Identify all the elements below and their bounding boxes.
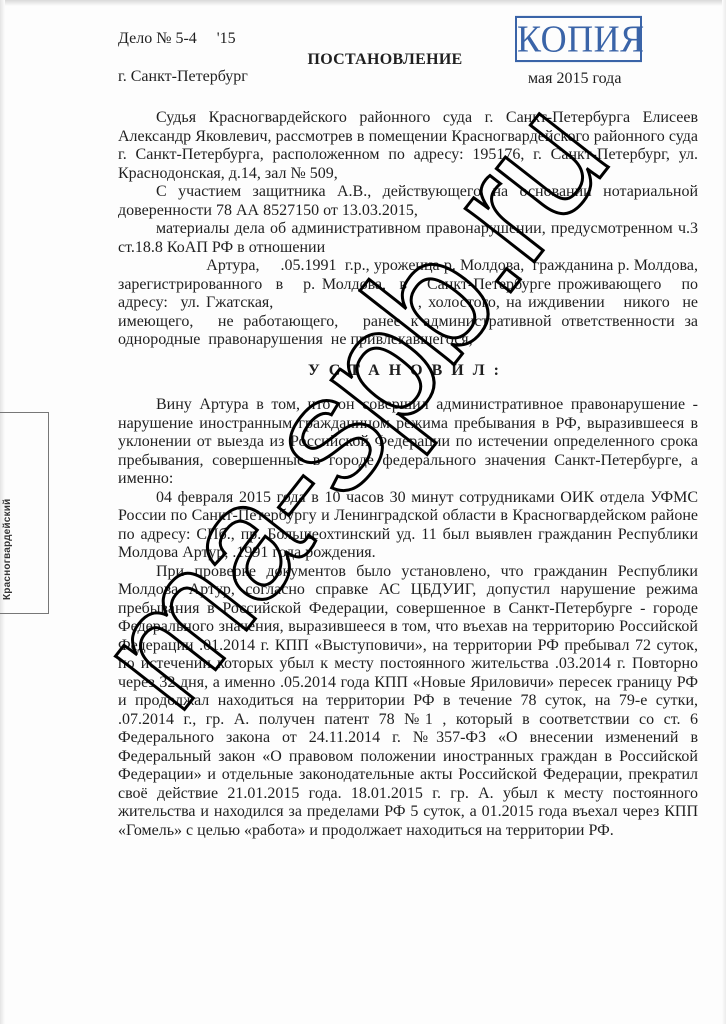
paragraph-materials: материалы дела об административном право… [118, 220, 698, 257]
document-page: Красногвардейский Дело № 5-4 '15 ПОСТАНО… [0, 0, 726, 1024]
document-date: мая 2015 года [528, 70, 621, 88]
paragraph-defender: С участием защитника А.В., действующего … [118, 183, 698, 220]
margin-stamp-text: Красногвардейский [2, 420, 16, 600]
paragraph-person: Артура, .05.1991 г.р., уроженца р. Молдо… [118, 257, 698, 350]
scan-edge-right [722, 0, 726, 1024]
section-heading: УСТАНОВИЛ: [118, 362, 698, 381]
paragraph-guilt: Вину Артура в том, что он совершил админ… [118, 396, 698, 489]
document-body: Судья Красногвардейского районного суда … [118, 109, 698, 840]
paragraph-detection: 04 февраля 2015 года в 10 часов 30 минут… [118, 489, 698, 563]
copy-stamp: КОПИЯ [515, 16, 642, 62]
paragraph-judge: Судья Красногвардейского районного суда … [118, 109, 698, 183]
document-city: г. Санкт-Петербург [118, 68, 248, 86]
document-title-text: ПОСТАНОВЛЕНИЕ [307, 51, 462, 68]
case-number: Дело № 5-4 '15 [118, 30, 236, 48]
paragraph-check: При проверке документов было установлено… [118, 563, 698, 841]
scan-edge-top [0, 0, 726, 6]
